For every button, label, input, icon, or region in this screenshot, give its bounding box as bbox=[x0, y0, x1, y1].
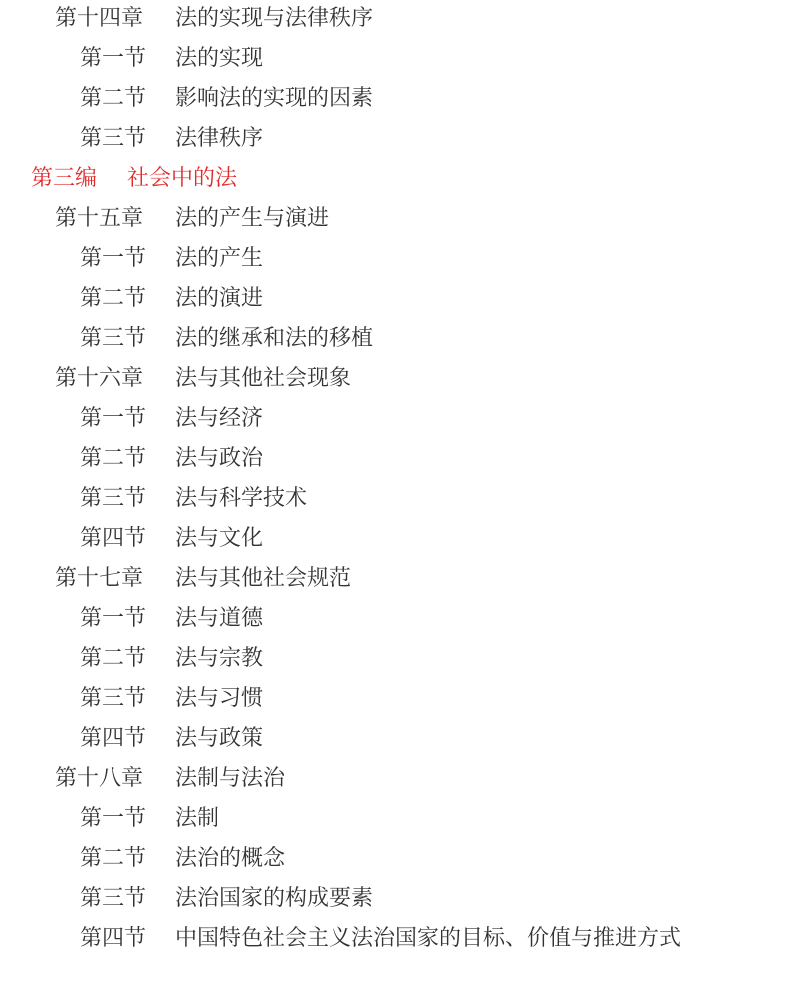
entry-number: 第四节 bbox=[80, 919, 146, 959]
entry-title: 法的实现 bbox=[175, 39, 263, 79]
entry-number: 第一节 bbox=[80, 799, 146, 839]
entry-title: 法治的概念 bbox=[175, 839, 285, 879]
entry-number: 第三节 bbox=[80, 319, 146, 359]
entry-number: 第十六章 bbox=[55, 359, 143, 399]
entry-number: 第十四章 bbox=[55, 0, 143, 39]
entry-title: 法的实现与法律秩序 bbox=[175, 0, 373, 39]
entry-title: 法与道德 bbox=[175, 599, 263, 639]
entry-title: 法与其他社会规范 bbox=[175, 559, 351, 599]
entry-number: 第一节 bbox=[80, 399, 146, 439]
entry-number: 第四节 bbox=[80, 519, 146, 559]
entry-title: 法的继承和法的移植 bbox=[175, 319, 373, 359]
entry-title: 法制 bbox=[175, 799, 219, 839]
entry-number: 第三节 bbox=[80, 879, 146, 919]
entry-title: 影响法的实现的因素 bbox=[175, 79, 373, 119]
entry-title: 法与宗教 bbox=[175, 639, 263, 679]
entry-title: 法律秩序 bbox=[175, 119, 263, 159]
entry-number: 第四节 bbox=[80, 719, 146, 759]
entry-title: 法制与法治 bbox=[175, 759, 285, 799]
entry-title: 法与政策 bbox=[175, 719, 263, 759]
entry-title: 社会中的法 bbox=[127, 159, 237, 199]
entry-number: 第一节 bbox=[80, 239, 146, 279]
entry-number: 第十八章 bbox=[55, 759, 143, 799]
entry-title: 法与政治 bbox=[175, 439, 263, 479]
entry-title: 法与科学技术 bbox=[175, 479, 307, 519]
entry-title: 法的产生 bbox=[175, 239, 263, 279]
entry-number: 第三节 bbox=[80, 479, 146, 519]
entry-title: 法治国家的构成要素 bbox=[175, 879, 373, 919]
entry-number: 第二节 bbox=[80, 279, 146, 319]
entry-title: 法的产生与演进 bbox=[175, 199, 329, 239]
entry-number: 第二节 bbox=[80, 79, 146, 119]
entry-title: 法与其他社会现象 bbox=[175, 359, 351, 399]
entry-title: 法的演进 bbox=[175, 279, 263, 319]
entry-title: 法与习惯 bbox=[175, 679, 263, 719]
entry-number: 第二节 bbox=[80, 639, 146, 679]
entry-number: 第一节 bbox=[80, 39, 146, 79]
entry-title: 中国特色社会主义法治国家的目标、价值与推进方式 bbox=[175, 919, 681, 959]
entry-title: 法与文化 bbox=[175, 519, 263, 559]
entry-number: 第三编 bbox=[31, 159, 97, 199]
entry-number: 第十七章 bbox=[55, 559, 143, 599]
entry-number: 第三节 bbox=[80, 119, 146, 159]
entry-number: 第十五章 bbox=[55, 199, 143, 239]
entry-number: 第二节 bbox=[80, 839, 146, 879]
entry-number: 第一节 bbox=[80, 599, 146, 639]
entry-number: 第二节 bbox=[80, 439, 146, 479]
entry-title: 法与经济 bbox=[175, 399, 263, 439]
entry-number: 第三节 bbox=[80, 679, 146, 719]
